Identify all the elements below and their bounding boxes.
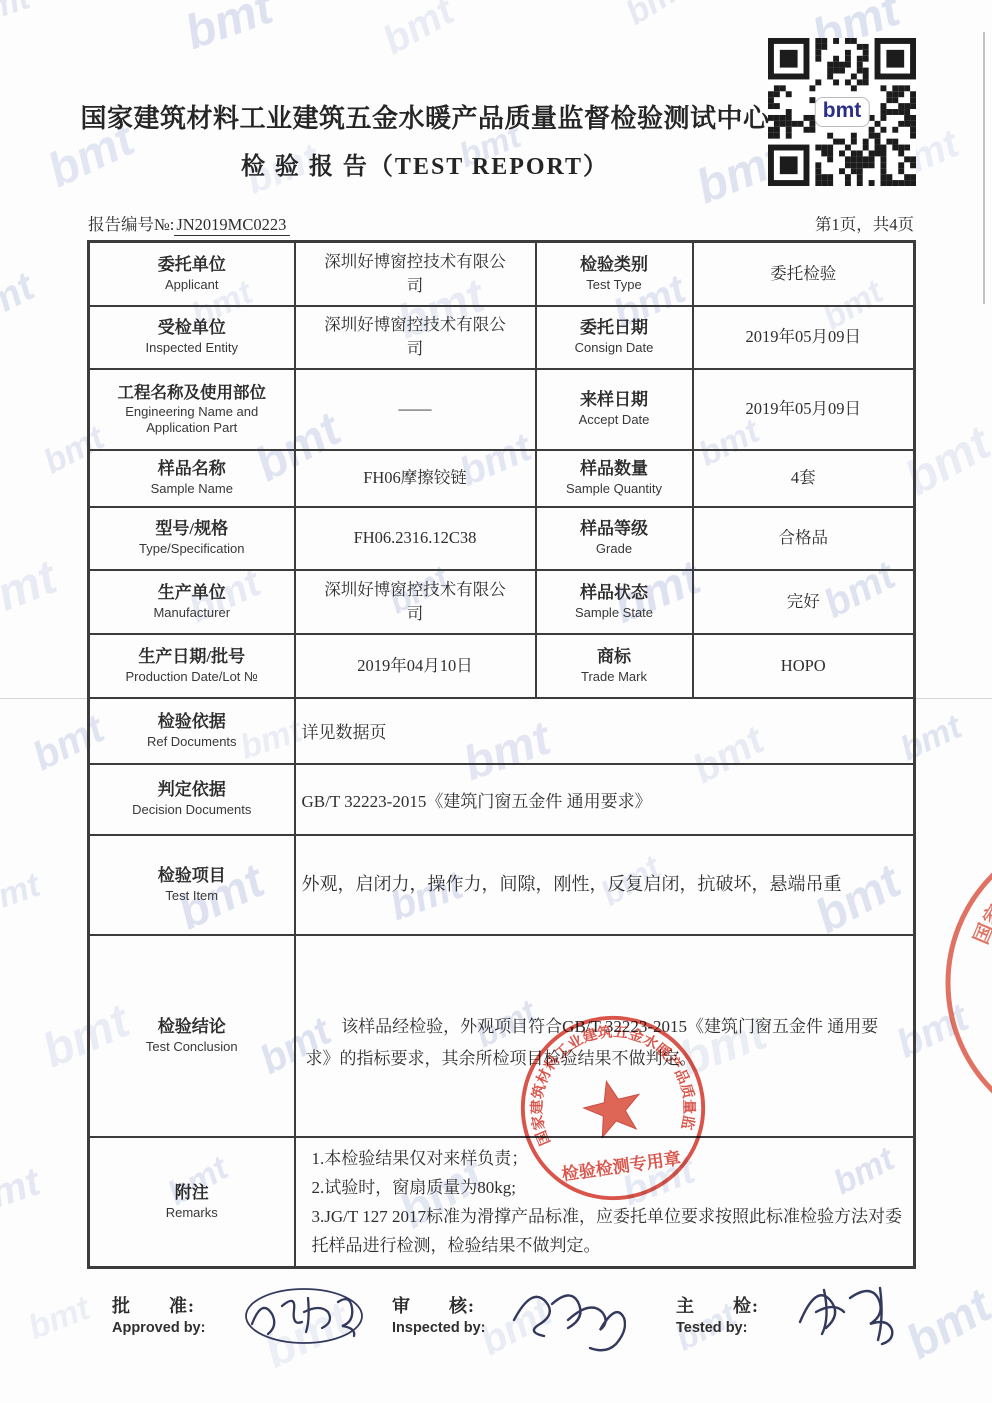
label-en: Grade (543, 541, 686, 557)
label-en: Accept Date (543, 412, 686, 428)
inspected-by-label-en: Inspected by: (392, 1320, 485, 1336)
value-cell: HOPO (693, 634, 915, 698)
label-zh: 样品名称 (96, 458, 288, 480)
label-cell: 委托单位Applicant (89, 242, 295, 306)
label-en: Applicant (96, 277, 288, 293)
label-zh: 检验结论 (96, 1016, 288, 1038)
value-cell: GB/T 32223-2015《建筑门窗五金件 通用要求》 (295, 764, 915, 835)
remark-line: 3.JG/T 127 2017标准为滑撑产品标准，应委托单位要求按照此标准检验方… (312, 1202, 904, 1260)
label-cell: 附注Remarks (89, 1137, 295, 1268)
label-cell: 检验依据Ref Documents (89, 698, 295, 764)
watermark-text: bmt (619, 0, 693, 34)
value-cell: FH06.2316.12C38 (295, 507, 536, 570)
value-cell: 深圳好博窗控技术有限公司 (295, 242, 536, 306)
watermark-text: bmt (376, 0, 462, 64)
tested-by-block: 主 检: Tested by: (676, 1292, 759, 1336)
label-cell: 商标Trade Mark (536, 634, 693, 698)
label-en: Engineering Name and Application Part (96, 404, 288, 437)
org-title: 国家建筑材料工业建筑五金水暖产品质量监督检验测试中心 (70, 98, 780, 135)
row-ref-documents: 检验依据Ref Documents 详见数据页 (89, 698, 915, 764)
label-zh: 样品状态 (543, 582, 686, 604)
value-cell: 2019年05月09日 (693, 369, 915, 450)
report-meta-row: 报告编号№:JN2019MC0223 第1页，共4页 (88, 211, 914, 235)
value-cell: 合格品 (693, 507, 915, 570)
label-cell: 检验结论Test Conclusion (89, 935, 295, 1137)
inspected-by-block: 审 核: Inspected by: (392, 1292, 485, 1336)
approved-signature-icon (238, 1282, 368, 1354)
label-en: Trade Mark (543, 669, 686, 685)
label-cell: 样品状态Sample State (536, 570, 693, 634)
tested-by-label-en: Tested by: (676, 1320, 759, 1336)
label-cell: 工程名称及使用部位Engineering Name and Applicatio… (89, 369, 295, 450)
label-cell: 委托日期Consign Date (536, 306, 693, 369)
label-zh: 商标 (543, 646, 686, 668)
label-cell: 受检单位Inspected Entity (89, 306, 295, 369)
watermark-text: bmt (0, 0, 35, 35)
value-cell: 深圳好博窗控技术有限公司 (295, 306, 536, 369)
label-en: Decision Documents (96, 802, 288, 818)
inspected-by-label-zh: 审 核: (392, 1292, 485, 1318)
value-cell: 2019年04月10日 (295, 634, 536, 698)
report-table: 委托单位Applicant 深圳好博窗控技术有限公司 检验类别Test Type… (87, 240, 916, 1269)
report-number-label: 报告编号№: (88, 215, 174, 234)
label-zh: 检验类别 (543, 254, 686, 276)
label-zh: 样品数量 (543, 458, 686, 480)
report-number-value: JN2019MC0223 (174, 215, 290, 236)
label-zh: 生产单位 (96, 582, 288, 604)
inspected-signature-icon (506, 1276, 626, 1356)
row-sample-name: 样品名称Sample Name FH06摩擦铰链 样品数量Sample Quan… (89, 450, 915, 507)
label-en: Sample Quantity (543, 481, 686, 497)
approved-by-block: 批 准: Approved by: (112, 1292, 205, 1336)
label-cell: 检验项目Test Item (89, 835, 295, 935)
row-test-item: 检验项目Test Item 外观，启闭力，操作力，间隙，刚性，反复启闭，抗破坏，… (89, 835, 915, 935)
report-title: 检 验 报 告（TEST REPORT） (70, 146, 780, 181)
watermark-text: bmt (179, 0, 280, 61)
qr-center-label: bmt (815, 97, 870, 127)
label-cell: 来样日期Accept Date (536, 369, 693, 450)
label-cell: 样品等级Grade (536, 507, 693, 570)
label-zh: 委托单位 (96, 254, 288, 276)
label-cell: 样品数量Sample Quantity (536, 450, 693, 507)
watermark-text: bmt (0, 265, 41, 339)
label-en: Remarks (96, 1205, 288, 1221)
row-production-date: 生产日期/批号Production Date/Lot № 2019年04月10日… (89, 634, 915, 698)
value-cell: 委托检验 (693, 242, 915, 306)
label-zh: 检验依据 (96, 711, 288, 733)
tested-by-label-zh: 主 检: (676, 1292, 759, 1318)
watermark-text: bmt (0, 550, 63, 633)
value-cell: 外观，启闭力，操作力，间隙，刚性，反复启闭，抗破坏，悬端吊重 (295, 835, 915, 935)
label-zh: 判定依据 (96, 779, 288, 801)
stamp-bottom-text: 检验检测专用章 (560, 1148, 682, 1185)
label-cell: 样品名称Sample Name (89, 450, 295, 507)
label-zh: 样品等级 (543, 518, 686, 540)
row-inspected-entity: 受检单位Inspected Entity 深圳好博窗控技术有限公司 委托日期Co… (89, 306, 915, 369)
label-en: Test Item (96, 888, 288, 904)
label-zh: 工程名称及使用部位 (96, 382, 288, 403)
label-zh: 型号/规格 (96, 518, 288, 540)
edge-seal-stamp: 国家建筑材料工业建筑五金水暖产品质量监督检验测试中心 (905, 838, 992, 1138)
svg-text:国家建筑材料工业建筑五金水暖产品质量监督检验测试中心: 国家建筑材料工业建筑五金水暖产品质量监督检验测试中心 (516, 1011, 702, 1154)
page-indicator: 第1页，共4页 (815, 211, 914, 235)
value-cell: 4套 (693, 450, 915, 507)
report-number: 报告编号№:JN2019MC0223 (88, 211, 290, 235)
label-cell: 判定依据Decision Documents (89, 764, 295, 835)
value-cell: 深圳好博窗控技术有限公司 (295, 570, 536, 634)
label-en: Ref Documents (96, 734, 288, 750)
value-cell: 2019年05月09日 (693, 306, 915, 369)
row-test-conclusion: 检验结论Test Conclusion 该样品经检验，外观项目符合GB/T 32… (89, 935, 915, 1137)
test-report-page: bmtbmtbmtbmtbmtbmtbmtbmtbmtbmtbmtbmtbmtb… (0, 0, 992, 1403)
label-en: Sample State (543, 605, 686, 621)
star-icon (579, 1074, 647, 1139)
label-zh: 委托日期 (543, 317, 686, 339)
row-decision-documents: 判定依据Decision Documents GB/T 32223-2015《建… (89, 764, 915, 835)
value-cell: FH06摩擦铰链 (295, 450, 536, 507)
label-cell: 检验类别Test Type (536, 242, 693, 306)
row-applicant: 委托单位Applicant 深圳好博窗控技术有限公司 检验类别Test Type… (89, 242, 915, 306)
label-cell: 型号/规格Type/Specification (89, 507, 295, 570)
label-zh: 生产日期/批号 (96, 646, 288, 668)
watermark-text: bmt (0, 866, 45, 923)
label-zh: 来样日期 (543, 389, 686, 411)
label-zh: 附注 (96, 1182, 288, 1204)
label-en: Inspected Entity (96, 340, 288, 356)
stamp-ring-text: 国家建筑材料工业建筑五金水暖产品质量监督检验测试中心 (516, 1011, 702, 1154)
qr-code: bmt (768, 38, 916, 186)
value-cell: 详见数据页 (295, 698, 915, 764)
label-en: Type/Specification (96, 541, 288, 557)
label-en: Sample Name (96, 481, 288, 497)
watermark-text: bmt (0, 1160, 45, 1226)
label-en: Production Date/Lot № (96, 669, 288, 685)
value-cell: 完好 (693, 570, 915, 634)
value-cell: —— (295, 369, 536, 450)
tested-signature-icon (788, 1276, 908, 1356)
row-type-spec: 型号/规格Type/Specification FH06.2316.12C38 … (89, 507, 915, 570)
label-cell: 生产单位Manufacturer (89, 570, 295, 634)
scan-edge-line (983, 32, 985, 304)
label-zh: 检验项目 (96, 865, 288, 887)
label-zh: 受检单位 (96, 317, 288, 339)
label-cell: 生产日期/批号Production Date/Lot № (89, 634, 295, 698)
official-seal-stamp: 国家建筑材料工业建筑五金水暖产品质量监督检验测试中心 检验检测专用章 (502, 997, 723, 1218)
label-en: Test Conclusion (96, 1039, 288, 1055)
approved-by-label-zh: 批 准: (112, 1292, 205, 1318)
row-manufacturer: 生产单位Manufacturer 深圳好博窗控技术有限公司 样品状态Sample… (89, 570, 915, 634)
row-remarks: 附注Remarks 1.本检验结果仅对来样负责； 2.试验时，窗扇质量为80kg… (89, 1137, 915, 1268)
label-en: Consign Date (543, 340, 686, 356)
label-en: Manufacturer (96, 605, 288, 621)
row-engineering-name: 工程名称及使用部位Engineering Name and Applicatio… (89, 369, 915, 450)
signature-row: 批 准: Approved by: 审 核: Inspected by: (0, 1292, 992, 1382)
approved-by-label-en: Approved by: (112, 1320, 205, 1336)
label-en: Test Type (543, 277, 686, 293)
